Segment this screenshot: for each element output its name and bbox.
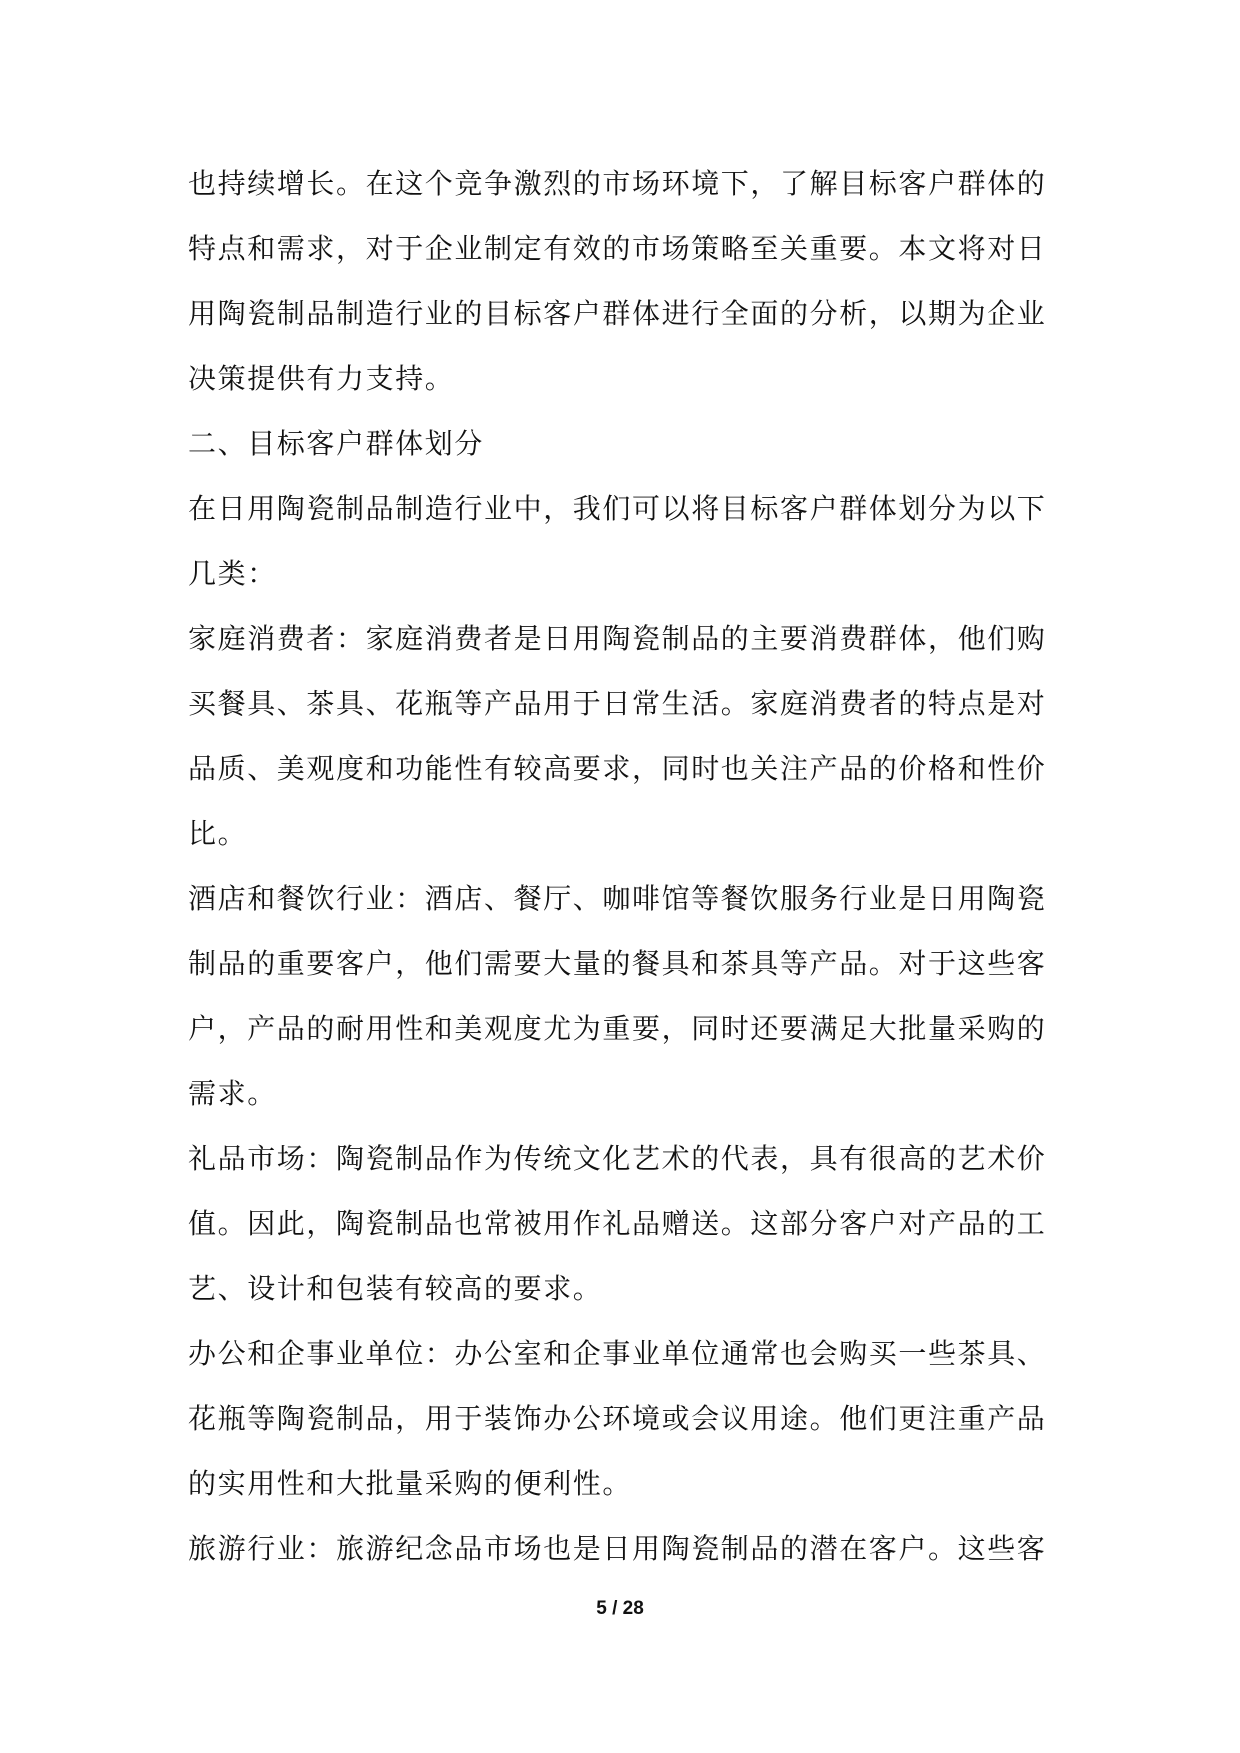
section-heading: 二、目标客户群体划分 [188,411,1054,476]
paragraph-line: 特点和需求，对于企业制定有效的市场策略至关重要。本文将对日 [188,216,1054,281]
paragraph-line: 也持续增长。在这个竞争激烈的市场环境下，了解目标客户群体的 [188,151,1054,216]
page-number: 5 / 28 [0,1598,1240,1620]
paragraph-line: 酒店和餐饮行业：酒店、餐厅、咖啡馆等餐饮服务行业是日用陶瓷 [188,866,1054,931]
paragraph-line: 买餐具、茶具、花瓶等产品用于日常生活。家庭消费者的特点是对 [188,671,1054,736]
paragraph-line: 旅游行业：旅游纪念品市场也是日用陶瓷制品的潜在客户。这些客 [188,1516,1054,1581]
paragraph-line: 家庭消费者：家庭消费者是日用陶瓷制品的主要消费群体，他们购 [188,606,1054,671]
paragraph-line: 需求。 [188,1061,1054,1126]
paragraph-line: 品质、美观度和功能性有较高要求，同时也关注产品的价格和性价 [188,736,1054,801]
paragraph-line: 户，产品的耐用性和美观度尤为重要，同时还要满足大批量采购的 [188,996,1054,1061]
paragraph-line: 在日用陶瓷制品制造行业中，我们可以将目标客户群体划分为以下 [188,476,1054,541]
paragraph-line: 几类： [188,541,1054,606]
paragraph-line: 的实用性和大批量采购的便利性。 [188,1451,1054,1516]
document-body: 也持续增长。在这个竞争激烈的市场环境下，了解目标客户群体的 特点和需求，对于企业… [188,151,1054,1581]
paragraph-line: 制品的重要客户，他们需要大量的餐具和茶具等产品。对于这些客 [188,931,1054,996]
document-page: 也持续增长。在这个竞争激烈的市场环境下，了解目标客户群体的 特点和需求，对于企业… [0,0,1240,1753]
paragraph-line: 决策提供有力支持。 [188,346,1054,411]
paragraph-line: 花瓶等陶瓷制品，用于装饰办公环境或会议用途。他们更注重产品 [188,1386,1054,1451]
paragraph-line: 办公和企事业单位：办公室和企事业单位通常也会购买一些茶具、 [188,1321,1054,1386]
paragraph-line: 礼品市场：陶瓷制品作为传统文化艺术的代表，具有很高的艺术价 [188,1126,1054,1191]
paragraph-line: 值。因此，陶瓷制品也常被用作礼品赠送。这部分客户对产品的工 [188,1191,1054,1256]
paragraph-line: 比。 [188,801,1054,866]
paragraph-line: 用陶瓷制品制造行业的目标客户群体进行全面的分析，以期为企业 [188,281,1054,346]
paragraph-line: 艺、设计和包装有较高的要求。 [188,1256,1054,1321]
